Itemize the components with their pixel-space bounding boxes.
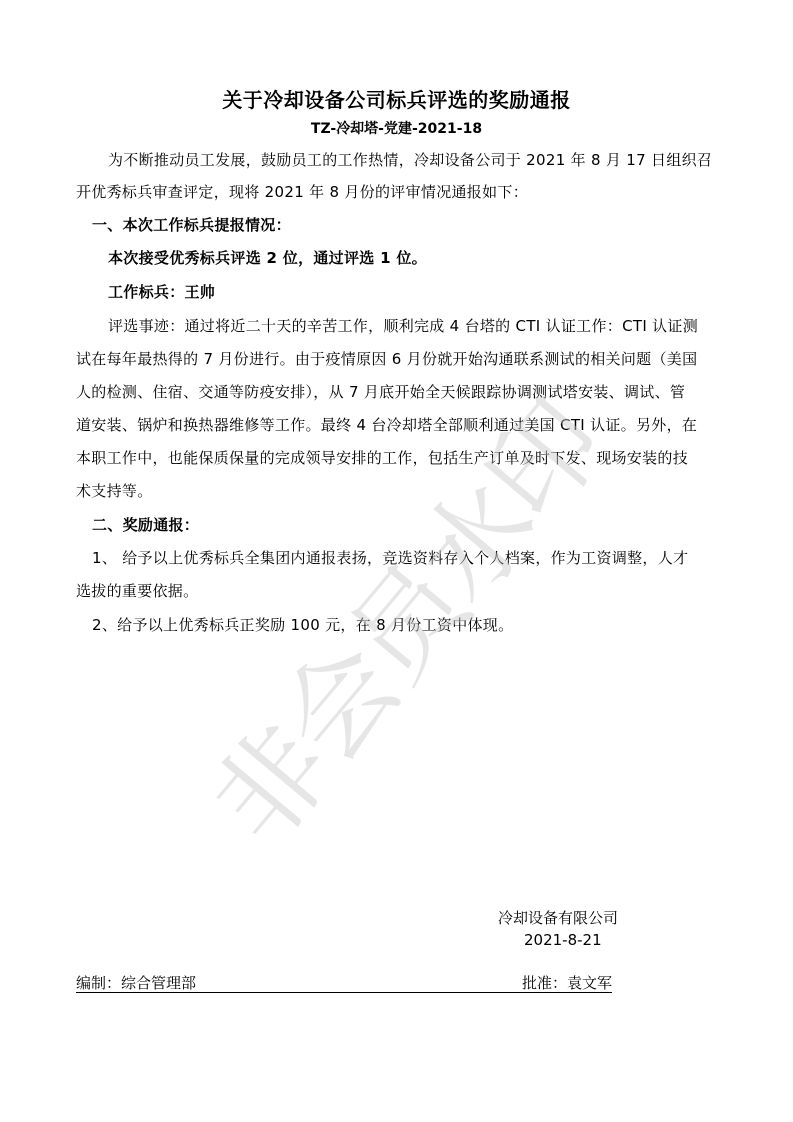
awardee-name: 工作标兵：王帅 [108,282,753,302]
section1-summary: 本次接受优秀标兵评选 2 位，通过评选 1 位。 [108,248,753,268]
award-item-1-line-1: 1、 给予以上优秀标兵全集团内通报表扬，竞选资料存入个人档案，作为工资调整，人才 [92,548,737,568]
document-page: 关于冷却设备公司标兵评选的奖励通报 TZ-冷却塔-党建-2021-18 为不断推… [0,0,793,1122]
deeds-line-5: 本职工作中，也能保质保量的完成领导安排的工作，包括生产订单及时下发、现场安装的技 [76,448,721,468]
document-number: TZ-冷却塔-党建-2021-18 [0,118,793,138]
prepared-by: 编制：综合管理部 [76,972,196,993]
deeds-line-2: 试在每年最热得的 7 月份进行。由于疫情原因 6 月份就开始沟通联系测试的相关问… [76,349,721,369]
document-title: 关于冷却设备公司标兵评选的奖励通报 [0,84,793,113]
award-item-2: 2、给予以上优秀标兵正奖励 100 元，在 8 月份工资中体现。 [92,615,737,635]
award-item-1-line-2: 选拔的重要依据。 [76,581,721,601]
document-footer: 编制：综合管理部 批准：袁文军 [76,970,612,993]
signature-date: 2021-8-21 [524,930,602,950]
deeds-line-4: 道安装、锅炉和换热器维修等工作。最终 4 台冷却塔全部顺利通过美国 CTI 认证… [76,415,721,435]
deeds-line-6: 术支持等。 [76,481,721,501]
section2-heading: 二、奖励通报： [92,515,737,535]
approved-by: 批准：袁文军 [522,972,612,993]
deeds-line-1: 评选事迹：通过将近二十天的辛苦工作，顺利完成 4 台塔的 CTI 认证工作：CT… [108,316,753,336]
section1-heading: 一、本次工作标兵提报情况： [92,215,737,235]
intro-line-2: 开优秀标兵审查评定，现将 2021 年 8 月份的评审情况通报如下： [76,182,721,202]
intro-line-1: 为不断推动员工发展，鼓励员工的工作热情，冷却设备公司于 2021 年 8 月 1… [108,150,753,170]
signature-company: 冷却设备有限公司 [498,908,618,928]
deeds-line-3: 人的检测、住宿、交通等防疫安排），从 7 月底开始全天候跟踪协调测试塔安装、调试… [76,382,721,402]
